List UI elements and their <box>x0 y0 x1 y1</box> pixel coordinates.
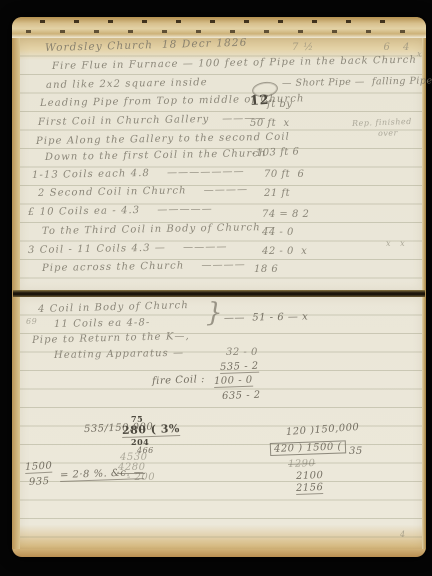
sum-label: fire Coil : <box>152 374 205 387</box>
working-row: 2156 <box>296 482 324 495</box>
struck-row: 1290 <box>288 458 316 470</box>
notebook-photograph: Wordsley Church 18 Decr 1826 7½ 6 4 x Fi… <box>0 0 432 576</box>
sum-line: 535 - 2 <box>220 361 259 374</box>
quotient-figure: 35 <box>349 446 363 457</box>
entry-value: 21 ft <box>264 188 290 199</box>
entry-value: 74 = 8 2 <box>262 209 309 220</box>
entry-value: -103 ft 6 <box>252 146 300 159</box>
boxed-division: 420 ) 1500 ( <box>270 440 346 456</box>
division-quotient-dark: 280 ( 3% <box>122 422 180 438</box>
fraction-numerator: 1500 <box>25 461 53 474</box>
entry-line: 11 Coils ea 4-8- <box>54 317 151 330</box>
page-gutter <box>13 290 425 297</box>
fraction-denominator: 935 <box>29 476 50 488</box>
entry-result: —— 51 - 6 — x <box>224 312 308 324</box>
margin-figure: 69 <box>26 317 37 326</box>
entry-line-tail: ft by <box>267 99 292 110</box>
check-marks: x x <box>386 239 405 248</box>
header-figures: 7½ 6 4 <box>292 42 414 53</box>
entry-value: 32 - 0 <box>226 347 258 358</box>
stitch-row-icon <box>26 30 416 33</box>
corner-mark: 4 <box>400 530 406 539</box>
sum-value: 100 - 0 <box>214 375 253 388</box>
brace-icon: } <box>206 298 223 328</box>
sum-total: 635 - 2 <box>222 390 261 402</box>
margin-note: over <box>378 128 398 138</box>
entry-value: 44 - 0 <box>262 227 294 238</box>
entry-value: 70 ft 6 <box>264 169 304 180</box>
working-row: 2100 <box>296 470 324 482</box>
entry-value: 42 - 0 x <box>262 246 307 257</box>
entry-value: 18 6 <box>254 264 278 275</box>
stitch-row-icon <box>40 20 410 23</box>
entry-line: Heating Apparatus — <box>54 348 184 361</box>
entry-value: 50 ft x <box>250 118 290 129</box>
